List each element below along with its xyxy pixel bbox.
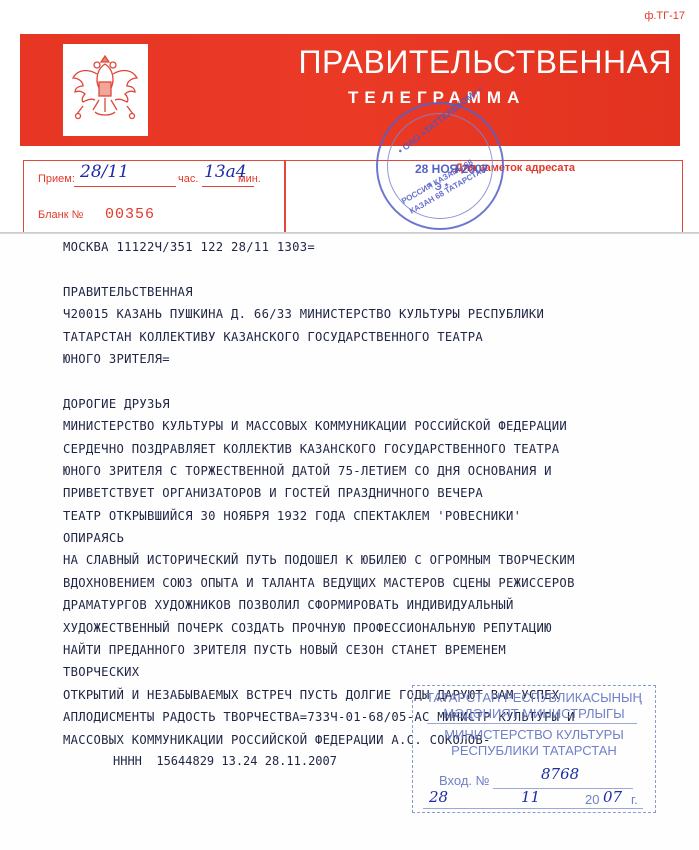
telegram-line: МИНИСТЕРСТВО КУЛЬТУРЫ И МАССОВЫХ КОММУНИ…: [63, 415, 683, 437]
minute-label: мин.: [238, 173, 261, 185]
registry-stamp-divider: [427, 723, 637, 724]
telegram-line: НА СЛАВНЫЙ ИСТОРИЧЕСКИЙ ПУТЬ ПОДОШЕЛ К Ю…: [63, 549, 683, 571]
telegram-type-title: ПРАВИТЕЛЬСТВЕННАЯ: [242, 44, 672, 81]
telegram-line: МОСКВА 11122Ч/351 122 28/11 1303=: [63, 236, 683, 258]
registry-year-suffix: 07: [603, 788, 622, 806]
hour-label: час.: [178, 173, 198, 185]
telegram-line: [63, 258, 683, 280]
date-underline: [423, 808, 643, 809]
registry-stamp-line1: ТАТАРСТАН РЕСПУБЛИКАСЫНЫҢ: [413, 690, 655, 705]
telegram-line: ЮНОГО ЗРИТЕЛЯ С ТОРЖЕСТВЕННОЙ ДАТОЙ 75-Л…: [63, 460, 683, 482]
form-divider: [284, 161, 286, 241]
registry-day: 28: [429, 788, 448, 806]
registry-year-mark: г.: [631, 792, 638, 807]
registry-stamp-line4: РЕСПУБЛИКИ ТАТАРСТАН: [413, 743, 655, 758]
received-label: Прием:: [38, 173, 75, 185]
russian-coat-of-arms-icon: [69, 50, 142, 130]
blank-number: 00356: [105, 206, 155, 223]
telegram-line: ВДОХНОВЕНИЕМ СОЮЗ ОПЫТА И ТАЛАНТА ВЕДУЩИ…: [63, 572, 683, 594]
registry-stamp-line3: МИНИСТЕРСТВО КУЛЬТУРЫ: [413, 727, 655, 742]
received-underline: [74, 186, 176, 187]
header-banner: ПРАВИТЕЛЬСТВЕННАЯ ТЕЛЕГРАММА: [20, 34, 680, 146]
form-code: ф.ТГ-17: [644, 10, 685, 22]
emblem-box: [63, 44, 148, 136]
telegram-line: Ч20015 КАЗАНЬ ПУШКИНА Д. 66/33 МИНИСТЕРС…: [63, 303, 683, 325]
hour-underline: [202, 186, 254, 187]
telegram-line: ПРАВИТЕЛЬСТВЕННАЯ: [63, 281, 683, 303]
incoming-label: Вход. №: [439, 773, 490, 788]
postal-stamp: • ОАО «ТАТТЕЛЕКОМ» • 28 НОЯ 2007 * Э * Р…: [376, 102, 504, 230]
telegram-line: СЕРДЕЧНО ПОЗДРАВЛЯЕТ КОЛЛЕКТИВ КАЗАНСКОГ…: [63, 438, 683, 460]
telegram-line: ДРАМАТУРГОВ ХУДОЖНИКОВ ПОЗВОЛИЛ СФОРМИРО…: [63, 594, 683, 616]
telegram-line: ОПИРАЯСЬ: [63, 527, 683, 549]
registry-stamp-line2: МӘДӘНИЯТ МИНИСТРЛЫГЫ: [413, 706, 655, 721]
telegram-line: ТВОРЧЕСКИХ: [63, 661, 683, 683]
incoming-number: 8768: [541, 765, 579, 783]
telegram-line: НАЙТИ ПРЕДАННОГО ЗРИТЕЛЯ ПУСТЬ НОВЫЙ СЕЗ…: [63, 639, 683, 661]
telegram-line: [63, 370, 683, 392]
received-value: 28/11: [80, 162, 129, 182]
registry-stamp: ТАТАРСТАН РЕСПУБЛИКАСЫНЫҢ МӘДӘНИЯТ МИНИС…: [412, 685, 656, 813]
registry-year-prefix: 20: [585, 792, 599, 807]
telegram-line: ДОРОГИЕ ДРУЗЬЯ: [63, 393, 683, 415]
blank-label: Бланк №: [38, 209, 83, 221]
telegram-line: ЮНОГО ЗРИТЕЛЯ=: [63, 348, 683, 370]
telegram-line: ПРИВЕТСТВУЕТ ОРГАНИЗАТОРОВ И ГОСТЕЙ ПРАЗ…: [63, 482, 683, 504]
telegram-footer: НННН 15644829 13.24 28.11.2007: [113, 754, 337, 768]
telegram-line: ТАТАРСТАН КОЛЛЕКТИВУ КАЗАНСКОГО ГОСУДАРС…: [63, 326, 683, 348]
telegram-line: ТЕАТР ОТКРЫВШИЙСЯ 30 НОЯБРЯ 1932 ГОДА СП…: [63, 505, 683, 527]
registry-month: 11: [521, 788, 540, 806]
telegram-body: МОСКВА 11122Ч/351 122 28/11 1303= ПРАВИТ…: [63, 236, 683, 751]
telegram-line: ХУДОЖЕСТВЕННЫЙ ПОЧЕРК СОЗДАТЬ ПРОЧНУЮ ПР…: [63, 617, 683, 639]
